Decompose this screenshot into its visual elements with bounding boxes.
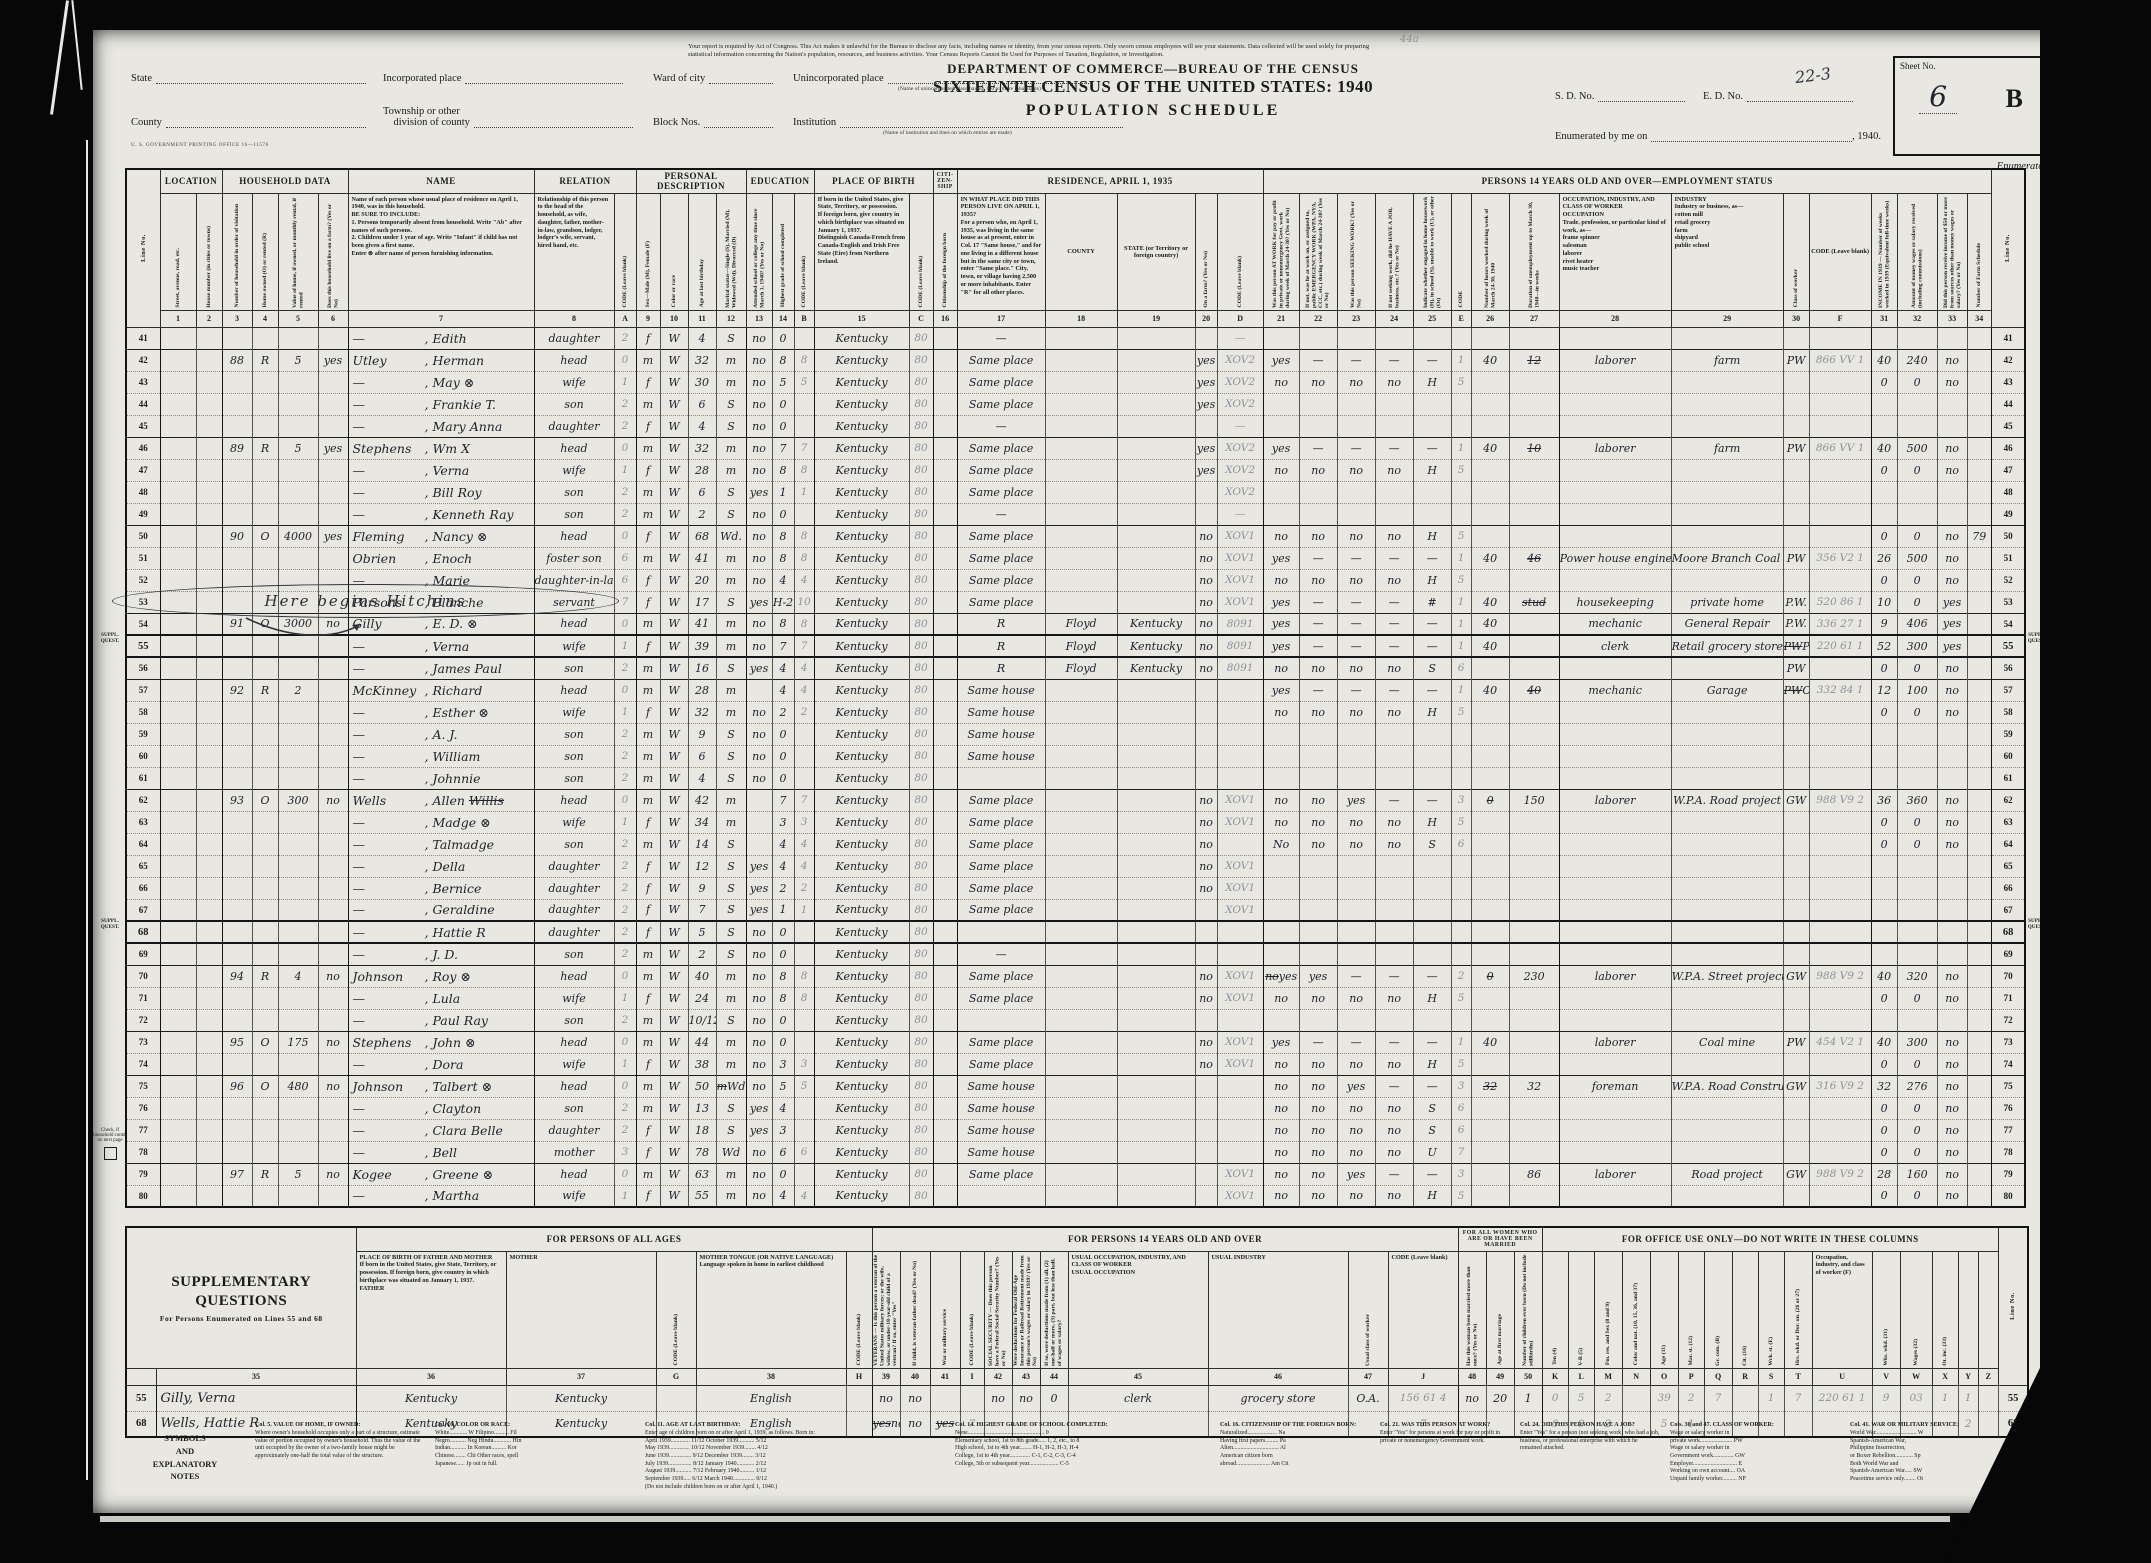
cell-c9: m [636, 833, 660, 855]
cell-c32: 406 [1897, 613, 1937, 635]
cell-cD: XOV1 [1217, 525, 1263, 547]
cell-c14: H-2 [772, 591, 794, 613]
cell-c24: no [1375, 987, 1413, 1009]
cell-c2 [196, 965, 222, 987]
cell-rln: 44 [1991, 393, 2025, 415]
cell-cB: 4 [794, 1185, 814, 1207]
cell-c20: no [1195, 965, 1217, 987]
cell-c21: no [1263, 525, 1299, 547]
cell-c28 [1559, 701, 1671, 723]
cell-c9: f [636, 635, 660, 657]
cell-c34 [1967, 1009, 1991, 1031]
cell-ln: 70 [126, 965, 160, 987]
cell-c15: Kentucky [814, 833, 909, 855]
cell-c11: 32 [688, 437, 716, 459]
cell-c23: — [1337, 635, 1375, 657]
cell-cF [1809, 327, 1871, 349]
supp-cell-S: 1 [1758, 1385, 1784, 1411]
cell-ln: 76 [126, 1097, 160, 1119]
cell-c2 [196, 679, 222, 701]
cell-c29 [1671, 657, 1783, 679]
cell-c15: Kentucky [814, 503, 909, 525]
cell-c1 [160, 503, 196, 525]
column-description: CODE (Leave blank) [846, 1251, 872, 1368]
cell-c30 [1783, 899, 1809, 921]
column-number: 33 [1937, 310, 1967, 327]
cell-c5 [278, 987, 318, 1009]
cell-c4 [252, 899, 278, 921]
cell-cA: 2 [614, 327, 636, 349]
cell-c28: mechanic [1559, 613, 1671, 635]
cell-c7: —, Frankie T. [348, 393, 534, 415]
cell-c31: 12 [1871, 679, 1897, 701]
supp-cell-v41 [930, 1385, 960, 1411]
cell-c30 [1783, 459, 1809, 481]
cell-c5 [278, 855, 318, 877]
cell-ln: 65 [126, 855, 160, 877]
cell-c16 [933, 833, 957, 855]
cell-c21: no [1263, 1075, 1299, 1097]
cell-c28 [1559, 723, 1671, 745]
column-number: X [1932, 1368, 1958, 1385]
cell-c11: 32 [688, 701, 716, 723]
surname: — [353, 485, 425, 500]
cell-rln: 51 [1991, 547, 2025, 569]
cell-c6 [318, 943, 348, 965]
cell-c7: Wells, Allen Willis [348, 789, 534, 811]
cell-cC: 80 [909, 1119, 933, 1141]
column-description: War or military service [930, 1251, 960, 1368]
cell-c19 [1117, 679, 1195, 701]
cell-c26: 40 [1471, 437, 1509, 459]
cell-c22 [1299, 943, 1337, 965]
cell-c30 [1783, 723, 1809, 745]
column-description: Age (11) [1650, 1251, 1678, 1368]
column-description: Was this person AT WORK for pay or profi… [1263, 193, 1299, 310]
supp-cell-w49: 20 [1486, 1385, 1514, 1411]
cell-c25: S [1413, 1097, 1451, 1119]
cell-c14: 3 [772, 811, 794, 833]
cell-c24: no [1375, 833, 1413, 855]
cell-c29 [1671, 855, 1783, 877]
cell-c27 [1509, 613, 1559, 635]
cell-c17: Same place [957, 877, 1045, 899]
cell-c24: no [1375, 811, 1413, 833]
column-description: SOCIAL SECURITY — Does this person have … [984, 1251, 1012, 1368]
cell-cF: 520 86 1 [1809, 591, 1871, 613]
cell-c22: no [1299, 657, 1337, 679]
cell-cD: 8091 [1217, 657, 1263, 679]
cell-cA: 0 [614, 679, 636, 701]
cell-c25: S [1413, 833, 1451, 855]
cell-c34 [1967, 1031, 1991, 1053]
given-name: , Madge ⊗ [425, 815, 491, 830]
cell-c5 [278, 327, 318, 349]
cell-c2 [196, 943, 222, 965]
cell-c22: no [1299, 1185, 1337, 1207]
cell-c28 [1559, 481, 1671, 503]
cell-cA: 2 [614, 745, 636, 767]
cell-c23: — [1337, 591, 1375, 613]
column-number: 19 [1117, 310, 1195, 327]
supp-cell-l38: English [696, 1385, 846, 1411]
given-name: , William [425, 749, 481, 764]
cell-c22 [1299, 767, 1337, 789]
cell-c6 [318, 679, 348, 701]
cell-c20: no [1195, 569, 1217, 591]
cell-cF: 866 VV 1 [1809, 349, 1871, 371]
cell-c31 [1871, 481, 1897, 503]
cell-c32 [1897, 855, 1937, 877]
cell-c2 [196, 811, 222, 833]
cell-c1 [160, 789, 196, 811]
cell-c16 [933, 415, 957, 437]
cell-c25 [1413, 723, 1451, 745]
cell-cD [1217, 723, 1263, 745]
cell-c27 [1509, 503, 1559, 525]
cell-c4 [252, 1141, 278, 1163]
cell-c4 [252, 327, 278, 349]
cell-c1 [160, 679, 196, 701]
cell-c5 [278, 415, 318, 437]
cell-cC: 80 [909, 811, 933, 833]
cell-c1 [160, 745, 196, 767]
cell-c30 [1783, 701, 1809, 723]
cell-c24: no [1375, 1141, 1413, 1163]
cell-c2 [196, 327, 222, 349]
cell-c24 [1375, 393, 1413, 415]
cell-c4 [252, 855, 278, 877]
cell-c2 [196, 745, 222, 767]
cell-c14: 8 [772, 613, 794, 635]
cell-c15: Kentucky [814, 349, 909, 371]
person-row-43: 43—, May ⊗wife1fW30mno55Kentucky80Same p… [126, 371, 2025, 393]
cell-c27 [1509, 1031, 1559, 1053]
person-row-75: 7596O480noJohnson, Talbert ⊗head0mW50mWd… [126, 1075, 2025, 1097]
cell-c10: W [660, 811, 688, 833]
column-number: Q [1704, 1368, 1732, 1385]
cell-c22: — [1299, 1031, 1337, 1053]
surname: — [353, 991, 425, 1006]
cell-c8: head [534, 1075, 614, 1097]
cell-c9: m [636, 1031, 660, 1053]
cell-cD [1217, 701, 1263, 723]
cell-c15: Kentucky [814, 415, 909, 437]
symbols-and-explanatory-notes: SYMBOLS AND EXPLANATORY NOTESCol. 5. VAL… [125, 1422, 2024, 1491]
cell-cC: 80 [909, 855, 933, 877]
cell-c24: no [1375, 657, 1413, 679]
cell-c1 [160, 547, 196, 569]
cell-c28 [1559, 393, 1671, 415]
cell-c3 [222, 481, 252, 503]
cell-c34 [1967, 1119, 1991, 1141]
cell-cF [1809, 525, 1871, 547]
cell-c19 [1117, 1185, 1195, 1207]
cell-c24: no [1375, 1119, 1413, 1141]
cell-c27 [1509, 701, 1559, 723]
cell-c9: m [636, 613, 660, 635]
cell-c4 [252, 1185, 278, 1207]
cell-c28 [1559, 1053, 1671, 1075]
cell-c16 [933, 393, 957, 415]
cell-c24: no [1375, 1097, 1413, 1119]
cell-c7: —, Esther ⊗ [348, 701, 534, 723]
cell-c14: 4 [772, 855, 794, 877]
column-description: Marital status—Single (S), Married (M), … [716, 193, 746, 310]
cell-cE: 3 [1451, 789, 1471, 811]
cell-c21: No [1263, 833, 1299, 855]
column-description: Highest grade of school completed [772, 193, 794, 310]
cell-c29 [1671, 481, 1783, 503]
cell-c1 [160, 899, 196, 921]
cell-c11: 50 [688, 1075, 716, 1097]
cell-cF [1809, 1141, 1871, 1163]
cell-c13: no [746, 569, 772, 591]
cell-cC: 80 [909, 833, 933, 855]
person-row-42: 4288R5yesUtley, Hermanhead0mW32mno88Kent… [126, 349, 2025, 371]
cell-c22: — [1299, 547, 1337, 569]
cell-cA: 0 [614, 1031, 636, 1053]
column-description: CODE [1451, 193, 1471, 310]
cell-c11: 34 [688, 811, 716, 833]
given-name: , Dora [425, 1057, 464, 1072]
cell-c12: m [716, 1163, 746, 1185]
cell-c11: 24 [688, 987, 716, 1009]
cell-c10: W [660, 767, 688, 789]
given-name: , John ⊗ [425, 1035, 476, 1050]
cell-c20: yes [1195, 393, 1217, 415]
cell-c25: H [1413, 569, 1451, 591]
cell-c3 [222, 767, 252, 789]
column-description: Has this woman been married more than on… [1458, 1251, 1486, 1368]
cell-c11: 68 [688, 525, 716, 547]
given-name: , Frankie T. [425, 397, 497, 412]
column-number: 4 [252, 310, 278, 327]
cell-c6 [318, 701, 348, 723]
given-name: , Kenneth Ray [425, 507, 514, 522]
cell-c13: no [746, 767, 772, 789]
cell-cD: XOV2 [1217, 459, 1263, 481]
cell-c33: yes [1937, 613, 1967, 635]
cell-c10: W [660, 437, 688, 459]
cell-c8: son [534, 833, 614, 855]
cell-c21: no [1263, 657, 1299, 679]
cell-c15: Kentucky [814, 1163, 909, 1185]
cell-cD: XOV1 [1217, 591, 1263, 613]
cell-cB: 4 [794, 833, 814, 855]
supp-cell-v40: no [900, 1385, 930, 1411]
supp-cell-T: 7 [1784, 1385, 1812, 1411]
cell-cF: 988 V9 2 [1809, 965, 1871, 987]
cell-c32: 0 [1897, 1053, 1937, 1075]
cell-c2 [196, 393, 222, 415]
cell-c8: wife [534, 987, 614, 1009]
cell-c7: —, Verna [348, 459, 534, 481]
cell-c30: PW [1783, 547, 1809, 569]
cell-c28: laborer [1559, 789, 1671, 811]
cell-c18: Floyd [1045, 635, 1117, 657]
cell-c31: 28 [1871, 1163, 1897, 1185]
cell-c24 [1375, 415, 1413, 437]
cell-cE: 5 [1451, 371, 1471, 393]
cell-c29: Moore Branch Coal Co [1671, 547, 1783, 569]
cell-c30: GW [1783, 965, 1809, 987]
person-row-62: 6293O300noWells, Allen Willishead0mW42m7… [126, 789, 2025, 811]
cell-c6 [318, 371, 348, 393]
cell-cF [1809, 987, 1871, 1009]
cell-c8: foster son [534, 547, 614, 569]
cell-cD [1217, 679, 1263, 701]
footnote: Col. 11. AGE AT LAST BIRTHDAY:Enter age … [645, 1422, 945, 1491]
cell-c7: —, Verna [348, 635, 534, 657]
cell-c23: no [1337, 1119, 1375, 1141]
cell-c13 [746, 789, 772, 811]
cell-c23 [1337, 767, 1375, 789]
cell-cA: 1 [614, 701, 636, 723]
cell-c17: — [957, 327, 1045, 349]
cell-c27 [1509, 943, 1559, 965]
cell-c21 [1263, 745, 1299, 767]
cell-c22: no [1299, 1075, 1337, 1097]
cell-c5 [278, 547, 318, 569]
supplementary-questions-table: SUPPLEMENTARY QUESTIONSFor Persons Enume… [125, 1226, 2029, 1438]
cell-c2 [196, 987, 222, 1009]
column-number: V [1872, 1368, 1900, 1385]
cell-c31 [1871, 855, 1897, 877]
cell-c3 [222, 987, 252, 1009]
column-number: Y [1958, 1368, 1978, 1385]
cell-ln: 43 [126, 371, 160, 393]
cell-cE: 5 [1451, 459, 1471, 481]
cell-c16 [933, 811, 957, 833]
cell-cC: 80 [909, 1141, 933, 1163]
cell-c6 [318, 1119, 348, 1141]
cell-c30: PW [1783, 349, 1809, 371]
cell-c18: Floyd [1045, 613, 1117, 635]
cell-c28 [1559, 921, 1671, 943]
cell-c28 [1559, 987, 1671, 1009]
cell-c6: yes [318, 349, 348, 371]
column-description: Age at last birthday [688, 193, 716, 310]
cell-c7: Kogee, Greene ⊗ [348, 1163, 534, 1185]
cell-c19 [1117, 701, 1195, 723]
cell-cE: 6 [1451, 1119, 1471, 1141]
footnote-body: Enter "Yes" for persons at work for pay … [1380, 1430, 1510, 1445]
cell-rln: 46 [1991, 437, 2025, 459]
cell-c13: yes [746, 591, 772, 613]
cell-c14: 0 [772, 393, 794, 415]
cell-c26 [1471, 415, 1509, 437]
cell-c11: 55 [688, 1185, 716, 1207]
cell-cD: — [1217, 327, 1263, 349]
cell-c15: Kentucky [814, 371, 909, 393]
cell-c13: yes [746, 657, 772, 679]
cell-c22 [1299, 1009, 1337, 1031]
cell-cB: 5 [794, 1075, 814, 1097]
cell-cC: 80 [909, 635, 933, 657]
cell-cB: 10 [794, 591, 814, 613]
given-name: , May ⊗ [425, 375, 475, 390]
given-name: , Nancy ⊗ [425, 529, 488, 544]
cell-c30 [1783, 481, 1809, 503]
cell-cD: XOV2 [1217, 349, 1263, 371]
cell-c7: —, J. D. [348, 943, 534, 965]
cell-c10: W [660, 547, 688, 569]
cell-c15: Kentucky [814, 965, 909, 987]
cell-c16 [933, 745, 957, 767]
cell-cE [1451, 855, 1471, 877]
cell-c26: 40 [1471, 613, 1509, 635]
person-row-65: 65—, Delladaughter2fW12Syes44Kentucky80S… [126, 855, 2025, 877]
column-description: USUAL INDUSTRY [1208, 1251, 1348, 1368]
cell-c29 [1671, 393, 1783, 415]
cell-c30 [1783, 833, 1809, 855]
cell-c15: Kentucky [814, 569, 909, 591]
cell-c24: — [1375, 1031, 1413, 1053]
cell-c30: PWOA [1783, 679, 1809, 701]
cell-c18 [1045, 569, 1117, 591]
column-number: 8 [534, 310, 614, 327]
cell-c29: General Repair [1671, 613, 1783, 635]
given-name: , Bell [425, 1145, 458, 1160]
cell-c9: m [636, 789, 660, 811]
cell-c3: 92 [222, 679, 252, 701]
cell-c28: laborer [1559, 1163, 1671, 1185]
cell-cC: 80 [909, 1031, 933, 1053]
column-description: Occupation, industry, and class of worke… [1812, 1251, 1872, 1368]
cell-c10: W [660, 1031, 688, 1053]
cell-c1 [160, 657, 196, 679]
cell-c28 [1559, 1097, 1671, 1119]
cell-c6 [318, 1141, 348, 1163]
cell-c17: R [957, 613, 1045, 635]
given-name: , A. J. [425, 727, 458, 742]
cell-rln: 77 [1991, 1119, 2025, 1141]
cell-c19 [1117, 745, 1195, 767]
cell-c6: no [318, 965, 348, 987]
cell-c11: 4 [688, 415, 716, 437]
cell-cE: 1 [1451, 591, 1471, 613]
given-name: , Verna [425, 639, 470, 654]
cell-cF [1809, 811, 1871, 833]
cell-cC: 80 [909, 657, 933, 679]
cell-c29 [1671, 877, 1783, 899]
supp-cell-W: 03 [1900, 1385, 1932, 1411]
cell-c6: no [318, 1163, 348, 1185]
cell-c10: W [660, 679, 688, 701]
cell-c34 [1967, 723, 1991, 745]
cell-c25: H [1413, 987, 1451, 1009]
footnote-title: Col. 14. HIGHEST GRADE OF SCHOOL COMPLET… [955, 1422, 1210, 1430]
cell-c4 [252, 393, 278, 415]
cell-cE [1451, 767, 1471, 789]
footnote: Col. 10. COLOR OR RACE:White............… [435, 1422, 635, 1491]
cell-c32: 0 [1897, 569, 1937, 591]
cell-c20: no [1195, 855, 1217, 877]
cell-c20: no [1195, 547, 1217, 569]
cell-c9: f [636, 921, 660, 943]
cell-c9: m [636, 723, 660, 745]
cell-c13: no [746, 745, 772, 767]
cell-c4 [252, 943, 278, 965]
cell-c22 [1299, 855, 1337, 877]
cell-c17: Same house [957, 1141, 1045, 1163]
cell-c7: —, Bill Roy [348, 481, 534, 503]
cell-c20: no [1195, 1053, 1217, 1075]
cell-c5 [278, 657, 318, 679]
cell-cD: XOV1 [1217, 899, 1263, 921]
cell-cA: 3 [614, 1141, 636, 1163]
